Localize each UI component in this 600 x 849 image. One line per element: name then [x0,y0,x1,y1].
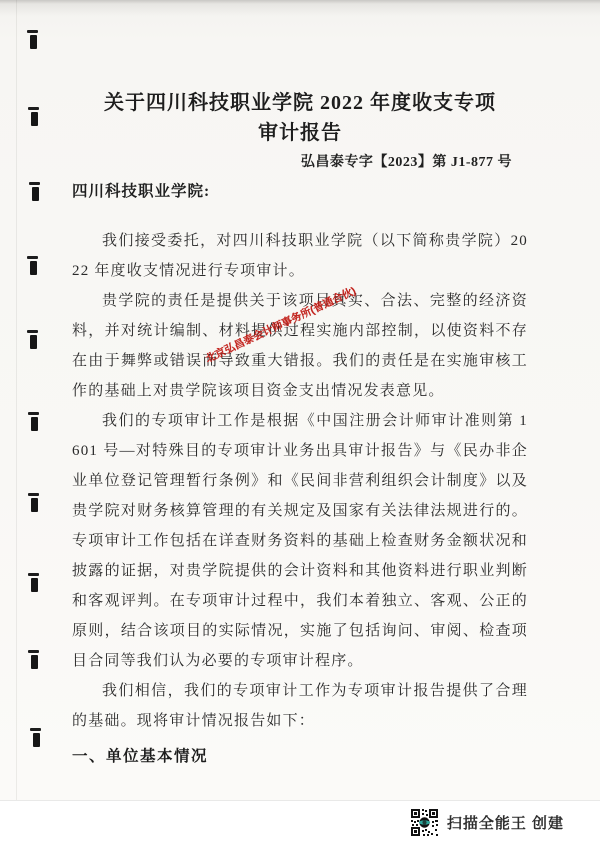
scanned-document-page: 关于四川科技职业学院 2022 年度收支专项 审计报告 弘昌泰专字【2023】第… [0,0,600,849]
document-title-line1: 关于四川科技职业学院 2022 年度收支专项 [72,88,528,118]
binding-hole [30,335,37,349]
paragraph-responsibility: 贵学院的责任是提供关于该项目真实、合法、完整的经济资料，并对统计编制、材料提供过… [72,286,528,406]
binding-hole [31,655,38,669]
scanner-credit: 扫描全能王 创建 [410,808,564,837]
document-body: 关于四川科技职业学院 2022 年度收支专项 审计报告 弘昌泰专字【2023】第… [72,0,528,772]
qr-code-icon [410,808,439,837]
binding-hole [31,578,38,592]
document-number: 弘昌泰专字【2023】第 J1-877 号 [72,152,528,174]
binding-hole [32,187,39,201]
document-title-line2: 审计报告 [72,118,528,148]
binding-hole [31,417,38,431]
section-heading-basic-info: 一、单位基本情况 [72,742,528,772]
binding-hole [30,35,37,49]
paragraph-engagement: 我们接受委托，对四川科技职业学院（以下简称贵学院）2022 年度收支情况进行专项… [72,226,528,286]
binding-hole [31,498,38,512]
scan-left-edge [16,0,17,801]
binding-hole [31,112,38,126]
paragraph-audit-basis: 我们的专项审计工作是根据《中国注册会计师审计准则第 1601 号—对特殊目的专项… [72,406,528,676]
binding-hole [33,733,40,747]
scanner-label: 扫描全能王 创建 [447,812,564,833]
paragraph-conclusion: 我们相信，我们的专项审计工作为专项审计报告提供了合理的基础。现将审计情况报告如下… [72,676,528,736]
salutation: 四川科技职业学院: [72,180,528,204]
binding-hole [30,261,37,275]
